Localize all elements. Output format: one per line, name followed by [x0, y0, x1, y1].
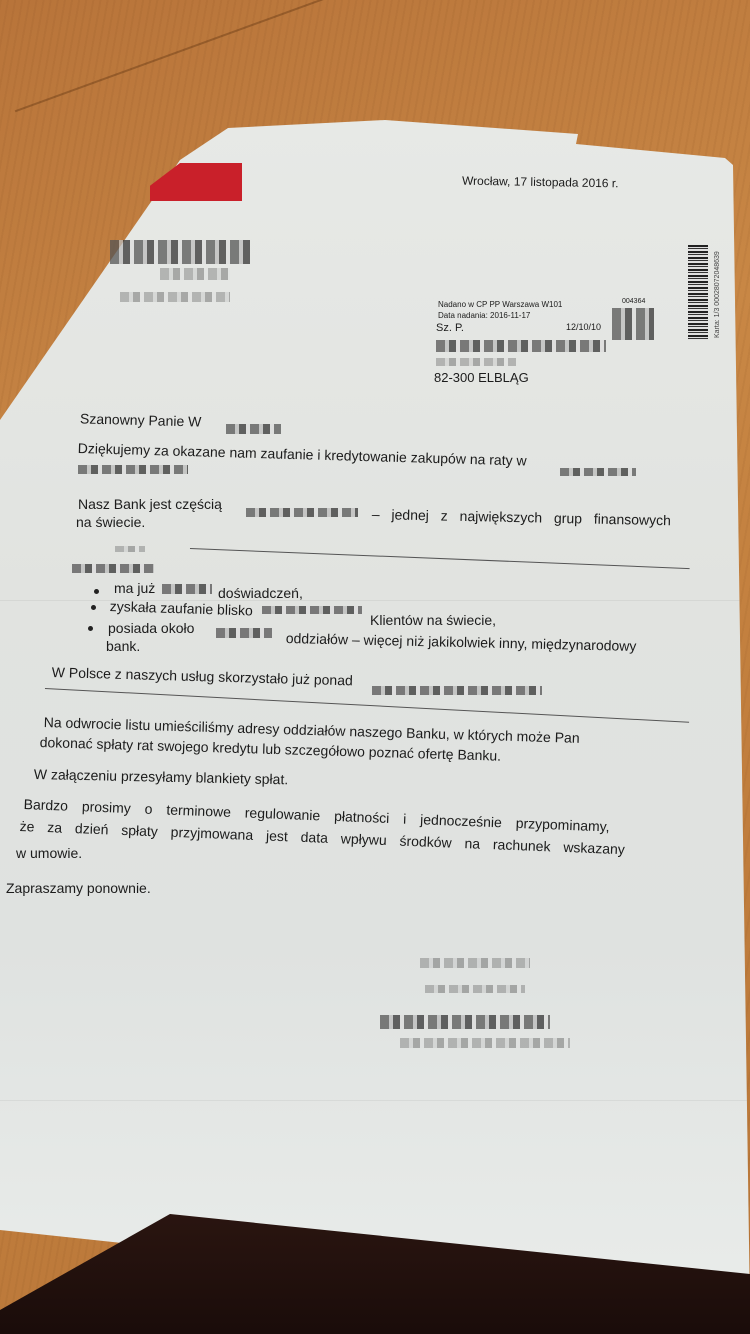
redacted-bank-address	[160, 268, 230, 280]
postal-sent-from: Nadano w CP PP Warszawa W101	[438, 300, 562, 309]
redacted-heading	[115, 546, 145, 552]
postal-sent-date: Data nadania: 2016-11-17	[438, 311, 530, 320]
bullet-3-continuation: bank.	[106, 638, 140, 654]
bullet	[88, 626, 93, 631]
paragraph-group-a: Nasz Bank jest częścią	[78, 496, 222, 512]
closing: Zapraszamy ponownie.	[6, 880, 151, 896]
redacted-stamp-code	[612, 308, 654, 340]
bullet	[91, 605, 96, 610]
paragraph-payments-c: w umowie.	[16, 845, 82, 861]
greeting: Szanowny Panie W	[80, 410, 202, 429]
postal-code-small: 12/10/10	[566, 322, 601, 332]
redacted-bank-address	[120, 292, 230, 302]
barcode-text: Karta: 1/3 00028072048639	[714, 251, 721, 338]
postal-recipient-prefix: Sz. P.	[436, 322, 464, 334]
postal-city: 82-300 ELBLĄG	[434, 370, 529, 385]
bullet-1-prefix: ma już	[114, 580, 155, 596]
letter-paper	[0, 120, 750, 1300]
redacted-group-name	[72, 564, 154, 573]
bullet-3-prefix: posiada około	[108, 620, 194, 636]
redacted-recipient-name	[436, 340, 606, 352]
redacted-signature	[400, 1038, 570, 1048]
paragraph-group-c: na świecie.	[76, 514, 145, 530]
barcode	[688, 245, 708, 340]
redacted-years	[162, 584, 212, 594]
bullet	[94, 589, 99, 594]
redacted-recipient-street	[436, 358, 516, 366]
redacted-branch-count	[216, 628, 272, 638]
redacted-store	[560, 468, 636, 476]
redacted-signature	[420, 958, 530, 968]
redacted-signature	[380, 1015, 550, 1029]
redacted-name	[226, 424, 281, 434]
postal-number: 004364	[622, 298, 645, 305]
redacted-group-name	[246, 508, 358, 517]
redacted-store	[78, 465, 188, 474]
redacted-poland-clients	[372, 686, 542, 695]
redacted-bank-name	[110, 240, 250, 264]
redacted-signature	[425, 985, 525, 993]
fold-line	[0, 1100, 750, 1101]
redacted-client-count	[262, 606, 362, 614]
place-date: Wrocław, 17 listopada 2016 r.	[462, 174, 619, 191]
bullet-2-suffix: Klientów na świecie,	[370, 612, 496, 628]
bullet-1-suffix: doświadczeń,	[218, 585, 303, 601]
